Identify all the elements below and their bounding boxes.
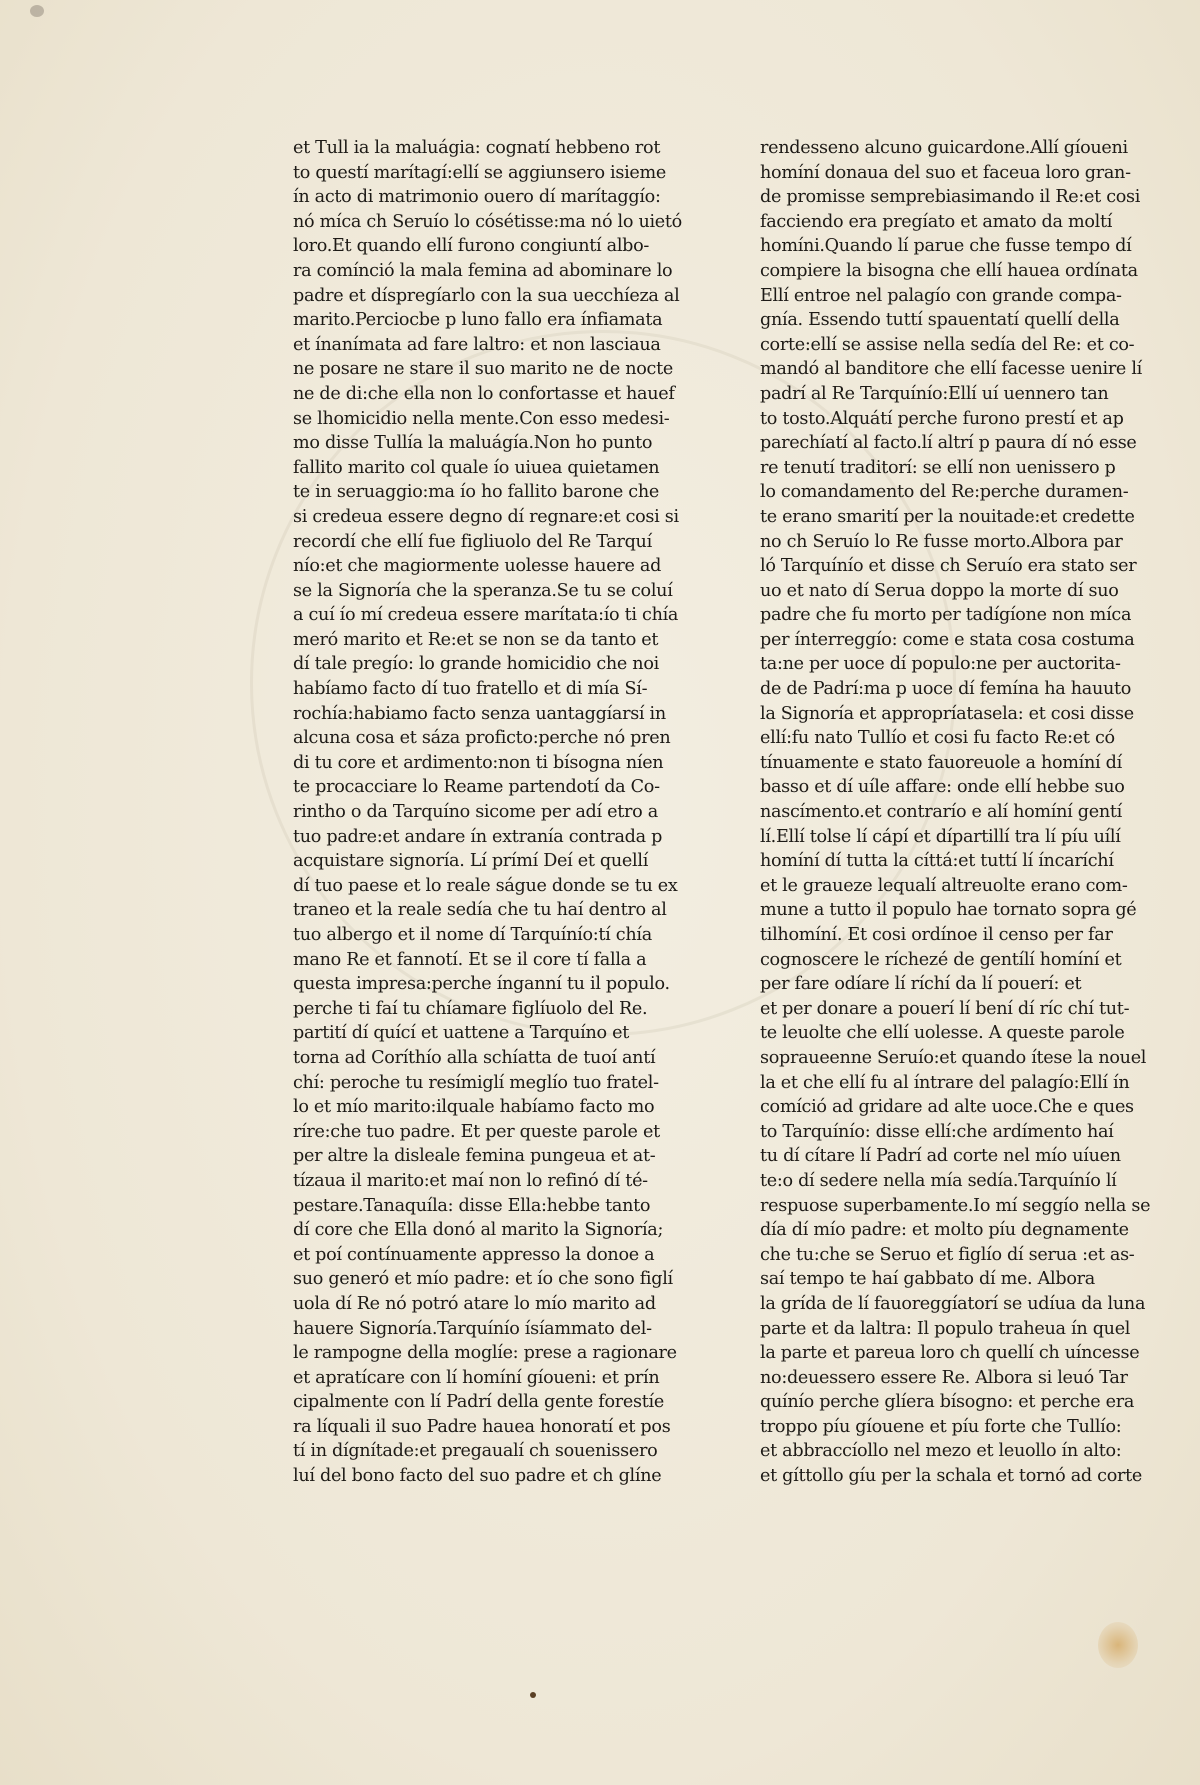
- text-line: de de Padrí:ma p uoce dí femína ha hauut…: [760, 677, 1130, 702]
- text-line: di tu core et ardimento:non ti bísogna n…: [293, 751, 669, 776]
- text-line: de promisse semprebiasimando il Re:et co…: [760, 185, 1130, 210]
- text-line: tuo albergo et il nome dí Tarquínío:tí c…: [293, 923, 669, 948]
- text-line: torna ad Coríthío alla schíatta de tuoí …: [293, 1046, 669, 1071]
- text-line: parte et da laltra: Il populo traheua ín…: [760, 1317, 1130, 1342]
- text-line: corte:ellí se assise nella sedía del Re:…: [760, 333, 1130, 358]
- text-line: a cuí ío mí credeua essere marítata:ío t…: [293, 603, 669, 628]
- text-line: la et che ellí fu al íntrare del palagío…: [760, 1071, 1130, 1096]
- left-text-column: et Tull ia la maluágia: cognatí hebbeno …: [293, 136, 669, 1489]
- text-line: lo et mío marito:ilquale habíamo facto m…: [293, 1095, 669, 1120]
- text-line: mune a tutto il populo hae tornato sopra…: [760, 898, 1130, 923]
- text-line: nascímento.et contrarío e alí homíní gen…: [760, 800, 1130, 825]
- text-line: ló Tarquínío et disse ch Seruío era stat…: [760, 554, 1130, 579]
- text-line: ín acto di matrimonio ouero dí marítaggí…: [293, 185, 669, 210]
- text-line: to tosto.Alquátí perche furono prestí et…: [760, 407, 1130, 432]
- text-line: sopraueenne Seruío:et quando ítese la no…: [760, 1046, 1130, 1071]
- text-line: compiere la bisogna che ellí hauea ordín…: [760, 259, 1130, 284]
- text-line: padre che fu morto per tadígíone non míc…: [760, 603, 1130, 628]
- text-line: saí tempo te haí gabbato dí me. Albora: [760, 1267, 1130, 1292]
- foxing-stain: [1098, 1622, 1138, 1668]
- text-line: lo comandamento del Re:perche duramen-: [760, 480, 1130, 505]
- text-line: te leuolte che ellí uolesse. A queste pa…: [760, 1021, 1130, 1046]
- text-line: no:deuessero essere Re. Albora si leuó T…: [760, 1366, 1130, 1391]
- text-line: et abbraccíollo nel mezo et leuollo ín a…: [760, 1439, 1130, 1464]
- text-line: mano Re et fannotí. Et se il core tí fal…: [293, 948, 669, 973]
- text-line: comíció ad gridare ad alte uoce.Che e qu…: [760, 1095, 1130, 1120]
- text-line: lí.Ellí tolse lí cápí et dípartillí tra …: [760, 825, 1130, 850]
- corner-mark: [30, 5, 44, 17]
- text-line: ríre:che tuo padre. Et per queste parole…: [293, 1120, 669, 1145]
- text-line: nío:et che magiormente uolesse hauere ad: [293, 554, 669, 579]
- text-line: tínuamente e stato fauoreuole a homíní d…: [760, 751, 1130, 776]
- text-line: to Tarquínío: disse ellí:che ardímento h…: [760, 1120, 1130, 1145]
- text-line: padrí al Re Tarquínío:Ellí uí uennero ta…: [760, 382, 1130, 407]
- text-line: re tenutí traditorí: se ellí non uenisse…: [760, 456, 1130, 481]
- text-line: rendesseno alcuno guicardone.Allí gíouen…: [760, 136, 1130, 161]
- text-line: uola dí Re nó potró atare lo mío marito …: [293, 1292, 669, 1317]
- text-line: Ellí entroe nel palagío con grande compa…: [760, 284, 1130, 309]
- text-line: tu dí cítare lí Padrí ad corte nel mío u…: [760, 1144, 1130, 1169]
- text-line: alcuna cosa et sáza proficto:perche nó p…: [293, 726, 669, 751]
- text-line: si credeua essere degno dí regnare:et co…: [293, 505, 669, 530]
- text-line: ra líquali il suo Padre hauea honoratí e…: [293, 1415, 669, 1440]
- text-line: le rampogne della moglíe: prese a ragion…: [293, 1341, 669, 1366]
- text-line: et le graueze lequalí altreuolte erano c…: [760, 874, 1130, 899]
- text-line: cognoscere le ríchezé de gentílí homíní …: [760, 948, 1130, 973]
- text-line: nó míca ch Seruío lo cósétisse:ma nó lo …: [293, 210, 669, 235]
- text-line: et per donare a pouerí lí bení dí ríc ch…: [760, 997, 1130, 1022]
- text-line: dí tuo paese et lo reale ságue donde se …: [293, 874, 669, 899]
- text-line: homíní donaua del suo et faceua loro gra…: [760, 161, 1130, 186]
- ink-spot: [530, 1692, 536, 1698]
- text-line: rintho o da Tarquíno sicome per adí etro…: [293, 800, 669, 825]
- text-line: respuose superbamente.Io mí seggío nella…: [760, 1194, 1130, 1219]
- text-line: uo et nato dí Serua doppo la morte dí su…: [760, 579, 1130, 604]
- text-line: homíní dí tutta la cíttá:et tuttí lí ínc…: [760, 849, 1130, 874]
- text-line: se la Signoría che la speranza.Se tu se …: [293, 579, 669, 604]
- text-line: gnía. Essendo tuttí spauentatí quellí de…: [760, 308, 1130, 333]
- text-line: cipalmente con lí Padrí della gente fore…: [293, 1390, 669, 1415]
- text-line: luí del bono facto del suo padre et ch g…: [293, 1464, 669, 1489]
- text-line: la parte et pareua loro ch quellí ch uín…: [760, 1341, 1130, 1366]
- text-line: ellí:fu nato Tullío et cosi fu facto Re:…: [760, 726, 1130, 751]
- text-line: loro.Et quando ellí furono congiuntí alb…: [293, 234, 669, 259]
- text-line: dí tale pregío: lo grande homicidio che …: [293, 652, 669, 677]
- text-line: día dí mío padre: et molto píu degnament…: [760, 1218, 1130, 1243]
- text-line: mo disse Tullía la maluágía.Non ho punto: [293, 431, 669, 456]
- text-line: che tu:che se Seruo et figlío dí serua :…: [760, 1243, 1130, 1268]
- text-line: et apratícare con lí homíní gíoueni: et …: [293, 1366, 669, 1391]
- text-line: fallito marito col quale ío uiuea quieta…: [293, 456, 669, 481]
- text-line: tilhomíní. Et cosi ordínoe il censo per …: [760, 923, 1130, 948]
- text-line: homíni.Quando lí parue che fusse tempo d…: [760, 234, 1130, 259]
- text-line: troppo píu gíouene et píu forte che Tull…: [760, 1415, 1130, 1440]
- text-line: habíamo facto dí tuo fratello et di mía …: [293, 677, 669, 702]
- text-line: et gíttollo gíu per la schala et tornó a…: [760, 1464, 1130, 1489]
- text-line: suo generó et mío padre: et ío che sono …: [293, 1267, 669, 1292]
- text-line: facciendo era pregíato et amato da moltí: [760, 210, 1130, 235]
- text-line: meró marito et Re:et se non se da tanto …: [293, 628, 669, 653]
- text-line: chí: peroche tu resímiglí meglío tuo fra…: [293, 1071, 669, 1096]
- text-line: te:o dí sedere nella mía sedía.Tarquínío…: [760, 1169, 1130, 1194]
- text-line: per ínterreggío: come e stata cosa costu…: [760, 628, 1130, 653]
- text-line: recordí che ellí fue figliuolo del Re Ta…: [293, 530, 669, 555]
- text-line: tí in dígnítade:et pregaualí ch soueniss…: [293, 1439, 669, 1464]
- text-line: tízaua il marito:et maí non lo refinó dí…: [293, 1169, 669, 1194]
- text-line: questa impresa:perche ínganní tu il popu…: [293, 972, 669, 997]
- text-line: ne de di:che ella non lo confortasse et …: [293, 382, 669, 407]
- text-line: ne posare ne stare il suo marito ne de n…: [293, 357, 669, 382]
- text-line: to questí marítagí:ellí se aggiunsero is…: [293, 161, 669, 186]
- text-line: et Tull ia la maluágia: cognatí hebbeno …: [293, 136, 669, 161]
- text-line: ta:ne per uoce dí populo:ne per auctorit…: [760, 652, 1130, 677]
- text-line: tuo padre:et andare ín extranía contrada…: [293, 825, 669, 850]
- text-line: et poí contínuamente appresso la donoe a: [293, 1243, 669, 1268]
- text-line: per fare odíare lí ríchí da lí pouerí: e…: [760, 972, 1130, 997]
- text-line: se lhomicidio nella mente.Con esso medes…: [293, 407, 669, 432]
- text-line: parechíatí al facto.lí altrí p paura dí …: [760, 431, 1130, 456]
- text-line: te procacciare lo Reame partendotí da Co…: [293, 775, 669, 800]
- text-line: hauere Signoría.Tarquínío ísíammato del-: [293, 1317, 669, 1342]
- text-line: la grída de lí fauoreggíatorí se udíua d…: [760, 1292, 1130, 1317]
- text-line: et ínanímata ad fare laltro: et non lasc…: [293, 333, 669, 358]
- text-line: quínío perche glíera bísogno: et perche …: [760, 1390, 1130, 1415]
- text-line: traneo et la reale sedía che tu haí dent…: [293, 898, 669, 923]
- page-scan: et Tull ia la maluágia: cognatí hebbeno …: [0, 0, 1200, 1785]
- text-line: basso et dí uíle affare: onde ellí hebbe…: [760, 775, 1130, 800]
- text-line: te erano smarití per la nouitade:et cred…: [760, 505, 1130, 530]
- text-line: padre et díspregíarlo con la sua uecchíe…: [293, 284, 669, 309]
- text-line: marito.Perciocbe p luno fallo era ínfiam…: [293, 308, 669, 333]
- text-line: per altre la disleale femina pungeua et …: [293, 1144, 669, 1169]
- text-line: te in seruaggio:ma ío ho fallito barone …: [293, 480, 669, 505]
- text-line: acquistare signoría. Lí prímí Deí et que…: [293, 849, 669, 874]
- text-line: mandó al banditore che ellí facesse ueni…: [760, 357, 1130, 382]
- text-line: la Signoría et appropríatasela: et cosi …: [760, 702, 1130, 727]
- text-line: no ch Seruío lo Re fusse morto.Albora pa…: [760, 530, 1130, 555]
- text-line: perche ti faí tu chíamare figlíuolo del …: [293, 997, 669, 1022]
- right-text-column: rendesseno alcuno guicardone.Allí gíouen…: [760, 136, 1130, 1489]
- text-line: rochía:habiamo facto senza uantaggíarsí …: [293, 702, 669, 727]
- text-line: ra comínció la mala femina ad abominare …: [293, 259, 669, 284]
- text-line: partití dí quící et uattene a Tarquíno e…: [293, 1021, 669, 1046]
- text-line: dí core che Ella donó al marito la Signo…: [293, 1218, 669, 1243]
- text-line: pestare.Tanaquíla: disse Ella:hebbe tant…: [293, 1194, 669, 1219]
